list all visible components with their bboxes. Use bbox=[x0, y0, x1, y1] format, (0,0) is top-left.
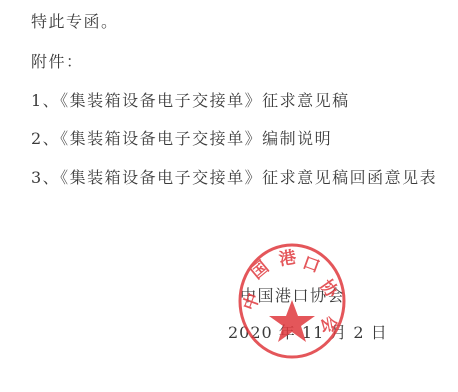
svg-text:会: 会 bbox=[317, 314, 341, 334]
svg-text:中: 中 bbox=[239, 290, 265, 313]
official-seal-icon: 中 国 港 口 协 会 bbox=[237, 242, 347, 360]
attachment-item-2: 2、《集装箱设备电子交接单》编制说明 bbox=[31, 129, 332, 149]
svg-text:港: 港 bbox=[278, 248, 298, 271]
closing-line: 特此专函。 bbox=[31, 12, 119, 32]
seal-star-icon bbox=[269, 300, 315, 342]
svg-text:口: 口 bbox=[300, 253, 323, 278]
attachments-label: 附件： bbox=[31, 52, 84, 72]
attachment-item-1: 1、《集装箱设备电子交接单》征求意见稿 bbox=[31, 91, 350, 111]
svg-text:国: 国 bbox=[247, 257, 273, 283]
attachment-item-3: 3、《集装箱设备电子交接单》征求意见稿回函意见表 bbox=[31, 168, 437, 188]
